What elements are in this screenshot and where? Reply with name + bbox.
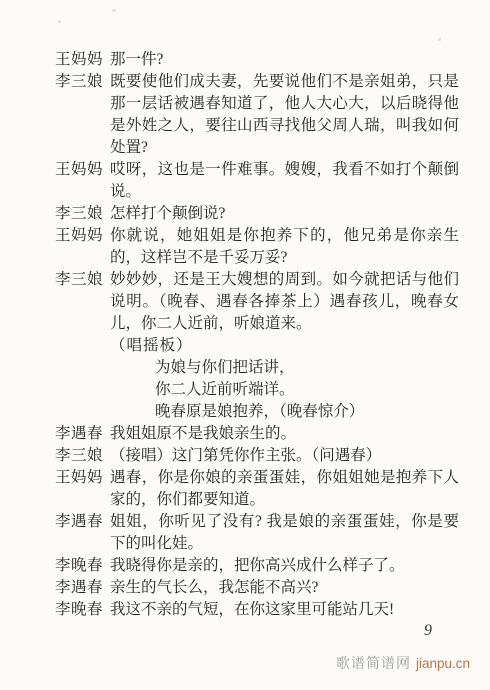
- script-line: 李三娘 既要使他们成夫妻，先要说他们不是亲姐弟，只是那一层话被遇春知道了，他人大…: [55, 71, 459, 159]
- line-text: 你就说，她姐姐是你抱养下的，他兄弟是你亲生的，这样岂不是千妥万妥?: [110, 225, 459, 269]
- speaker-name: 李三娘: [55, 203, 110, 225]
- script-line: 李三娘 妙妙妙，还是王大嫂想的周到。如今就把话与他们说明。（晚春、遇春各捧茶上）…: [55, 269, 459, 335]
- speaker-name: 王妈妈: [55, 159, 110, 203]
- scanned-script-page: 王妈妈 那一件? 李三娘 既要使他们成夫妻，先要说他们不是亲姐弟，只是那一层话被…: [0, 0, 490, 690]
- script-line: 李遇春 我姐姐原不是我娘亲生的。: [55, 423, 459, 445]
- line-text: 遇春，你是你娘的亲蛋蛋娃，你姐姐她是抱养下人家的，你们都要知道。: [110, 467, 459, 511]
- script-line: 李遇春 亲生的气长么，我怎能不高兴?: [55, 577, 459, 599]
- line-text: 晚春原是娘抱养，（晚春惊介）: [155, 401, 459, 423]
- speaker-name: 李遇春: [55, 577, 110, 599]
- script-line: （唱摇板）: [55, 335, 459, 357]
- script-line: 李晚春 我这不亲的气短，在你这家里可能站几天!: [55, 599, 459, 621]
- script-line: 李晚春 我晓得你是亲的，把你高兴成什么样子了。: [55, 555, 459, 577]
- line-text: 妙妙妙，还是王大嫂想的周到。如今就把话与他们说明。（晚春、遇春各捧茶上）遇春孩儿…: [110, 269, 459, 335]
- speaker-name: [55, 357, 110, 379]
- script-line: 王妈妈 你就说，她姐姐是你抱养下的，他兄弟是你亲生的，这样岂不是千妥万妥?: [55, 225, 459, 269]
- line-text: 为娘与你们把话讲，: [155, 357, 459, 379]
- script-line: 王妈妈 遇春，你是你娘的亲蛋蛋娃，你姐姐她是抱养下人家的，你们都要知道。: [55, 467, 459, 511]
- script-line: 王妈妈 那一件?: [55, 49, 459, 71]
- script-line: 你二人近前听端详。: [55, 379, 459, 401]
- line-text: 我姐姐原不是我娘亲生的。: [110, 423, 459, 445]
- line-text: 哎呀，这也是一件难事。嫂嫂，我看不如打个颠倒说。: [110, 159, 459, 203]
- script-line: 李三娘 怎样打个颠倒说?: [55, 203, 459, 225]
- script-line: 李遇春 姐姐，你听见了没有? 我是娘的亲蛋蛋娃，你是要下的叫化娃。: [55, 511, 459, 555]
- speaker-name: 李遇春: [55, 511, 110, 555]
- scan-artifact: [438, 38, 441, 41]
- line-text: （接唱）这门第凭你作主张。（问遇春）: [110, 445, 459, 467]
- line-text: 我晓得你是亲的，把你高兴成什么样子了。: [110, 555, 459, 577]
- speaker-name: 李三娘: [55, 445, 110, 467]
- page-number: 9: [424, 622, 432, 640]
- line-text: 姐姐，你听见了没有? 我是娘的亲蛋蛋娃，你是要下的叫化娃。: [110, 511, 459, 555]
- speaker-name: 李三娘: [55, 71, 110, 159]
- speaker-name: 王妈妈: [55, 49, 110, 71]
- speaker-name: 王妈妈: [55, 225, 110, 269]
- speaker-name: [55, 379, 110, 401]
- line-text: 你二人近前听端详。: [155, 379, 459, 401]
- script-line: 李三娘 （接唱）这门第凭你作主张。（问遇春）: [55, 445, 459, 467]
- watermark-site-name: 歌谱简谱网: [336, 657, 411, 672]
- line-text: 那一件?: [110, 49, 459, 71]
- line-text: 怎样打个颠倒说?: [110, 203, 459, 225]
- watermark-site-url: jianpu.cn: [416, 656, 470, 671]
- line-text: 既要使他们成夫妻，先要说他们不是亲姐弟，只是那一层话被遇春知道了，他人大心大，以…: [110, 71, 459, 159]
- speaker-name: 李三娘: [55, 269, 110, 335]
- script-area: 王妈妈 那一件? 李三娘 既要使他们成夫妻，先要说他们不是亲姐弟，只是那一层话被…: [55, 49, 459, 621]
- speaker-name: 王妈妈: [55, 467, 110, 511]
- line-text: 亲生的气长么，我怎能不高兴?: [110, 577, 459, 599]
- script-line: 为娘与你们把话讲，: [55, 357, 459, 379]
- watermark: 歌谱简谱网jianpu.cn: [336, 653, 470, 673]
- speaker-name: [55, 335, 110, 357]
- script-line: 晚春原是娘抱养，（晚春惊介）: [55, 401, 459, 423]
- speaker-name: [55, 401, 110, 423]
- script-line: 王妈妈 哎呀，这也是一件难事。嫂嫂，我看不如打个颠倒说。: [55, 159, 459, 203]
- line-text: 我这不亲的气短，在你这家里可能站几天!: [110, 599, 459, 621]
- scan-artifact: [58, 20, 61, 23]
- speaker-name: 李晚春: [55, 599, 110, 621]
- scan-artifact: [112, 9, 116, 12]
- line-text: （唱摇板）: [110, 335, 459, 357]
- speaker-name: 李晚春: [55, 555, 110, 577]
- speaker-name: 李遇春: [55, 423, 110, 445]
